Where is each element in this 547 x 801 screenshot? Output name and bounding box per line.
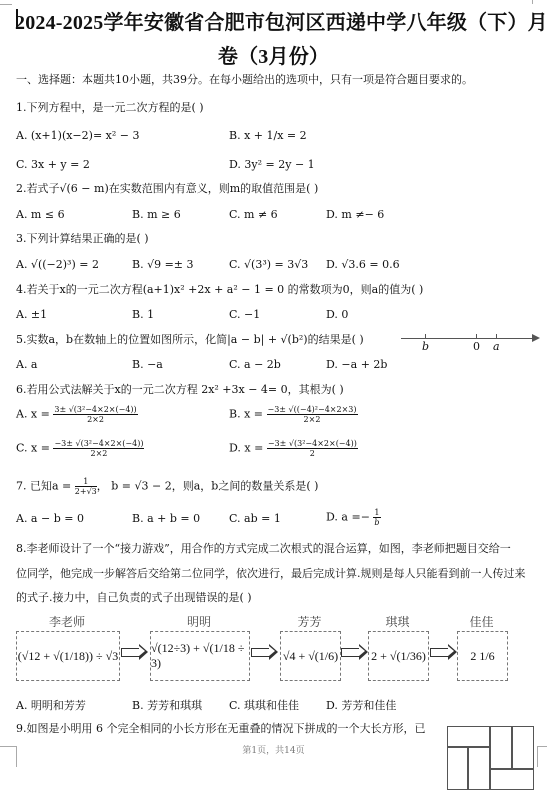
section-header: 一、选择题：本题共10小题，共39分。在每小题给出的选项中，只有一项是符合题目要…: [16, 73, 473, 87]
small-rectangle: [490, 769, 534, 790]
q7-option-c[interactable]: C. ab = 1: [229, 512, 281, 525]
q2-option-c[interactable]: C. m ≠ 6: [229, 208, 278, 221]
q1-option-a[interactable]: A. (x+1)(x−2)= x² − 3: [16, 129, 139, 142]
relay-name-qiqi: 琪琪: [368, 613, 427, 630]
q5-option-c[interactable]: C. a − 2b: [229, 358, 281, 371]
question-1-stem: 1.下列方程中，是一元二次方程的是( ): [16, 101, 204, 115]
q3-option-d[interactable]: D. √3.6 = 0.6: [326, 258, 400, 271]
page-footer: 第1页，共14页: [0, 743, 547, 756]
q8-option-a[interactable]: A. 明明和芳芳: [16, 697, 86, 713]
relay-box-jiajia: 2 1/6: [457, 631, 508, 681]
q8-option-c[interactable]: C. 琪琪和佳佳: [229, 697, 299, 713]
q2-option-b[interactable]: B. m ≥ 6: [132, 208, 181, 221]
q7-option-a[interactable]: A. a − b = 0: [16, 512, 84, 525]
relay-name-mingming: 明明: [150, 613, 248, 630]
relay-name-teacher: 李老师: [16, 613, 118, 630]
page-corner-mark: [0, 0, 12, 5]
relay-box-fangfang: √4 + √(1/6): [280, 631, 341, 681]
fraction: −3± √(3²−4×2×(−4))2: [267, 439, 358, 458]
relay-box-teacher: (√12 + √(1/18)) ÷ √3: [16, 631, 120, 681]
q4-option-c[interactable]: C. −1: [229, 308, 260, 321]
fraction: −3± √((−4)²−4×2×3)2×2: [267, 405, 358, 424]
number-line-tick-b: [425, 334, 426, 339]
question-4-stem: 4.若关于x的一元二次方程(a+1)x² +2x + a² − 1 = 0 的常…: [16, 283, 423, 297]
q6-option-d[interactable]: D. x = −3± √(3²−4×2×(−4))2: [229, 439, 358, 458]
q6-option-b[interactable]: B. x = −3± √((−4)²−4×2×3)2×2: [229, 405, 358, 424]
q1-option-c[interactable]: C. 3x + y = 2: [16, 158, 90, 171]
fraction: 12+√3: [75, 477, 97, 496]
number-line-tick-a: [496, 334, 497, 339]
q8-option-d[interactable]: D. 芳芳和佳佳: [326, 697, 396, 713]
document-title-line1: 2024-2025学年安徽省合肥市包河区西递中学八年级（下）月考数学试: [15, 6, 547, 35]
question-7-stem: 7. 已知a = 12+√3， b = √3 − 2，则a，b之间的数量关系是(…: [16, 477, 318, 496]
q6-option-a[interactable]: A. x = 3± √(3²−4×2×(−4))2×2: [16, 405, 138, 424]
q4-option-b[interactable]: B. 1: [132, 308, 154, 321]
document-title-line2: 卷（3月份）: [0, 40, 547, 69]
q2-option-d[interactable]: D. m ≠− 6: [326, 208, 384, 221]
relay-name-jiajia: 佳佳: [457, 613, 506, 630]
fraction: 1b: [373, 508, 380, 527]
q3-option-c[interactable]: C. √(3³) = 3√3: [229, 258, 308, 271]
q7-option-b[interactable]: B. a + b = 0: [132, 512, 200, 525]
fraction: −3± √(3²−4×2×(−4))2×2: [53, 439, 144, 458]
question-8-stem-line1: 8.李老师设计了一个“接力游戏”，用合作的方式完成二次根式的混合运算，如图，李老…: [16, 542, 511, 556]
relay-arrow-icon: [121, 648, 139, 657]
q1-option-d[interactable]: D. 3y² = 2y − 1: [229, 158, 315, 171]
relay-arrow-icon: [430, 648, 448, 657]
q7-option-d[interactable]: D. a =− 1b: [326, 508, 381, 527]
relay-arrow-icon: [341, 648, 359, 657]
q3-option-a[interactable]: A. √((−2)³) = 2: [16, 258, 99, 271]
number-line-label-0: 0: [473, 340, 480, 353]
relay-name-fangfang: 芳芳: [280, 613, 339, 630]
number-line-axis: [401, 338, 535, 339]
q8-option-b[interactable]: B. 芳芳和琪琪: [132, 697, 202, 713]
question-3-stem: 3.下列计算结果正确的是( ): [16, 232, 149, 246]
question-6-stem: 6.若用公式法解关于x的一元二次方程 2x² +3x − 4= 0，其根为( ): [16, 383, 344, 397]
fraction: 3± √(3²−4×2×(−4))2×2: [53, 405, 137, 424]
number-line-arrow-icon: [532, 334, 540, 342]
q4-option-d[interactable]: D. 0: [326, 308, 348, 321]
relay-box-mingming: √(12÷3) + √(1/18 ÷ 3): [150, 631, 250, 681]
relay-arrow-icon: [251, 648, 269, 657]
relay-box-qiqi: 2 + √(1/36): [368, 631, 429, 681]
number-line-tick-0: [476, 334, 477, 339]
question-8-stem-line2: 位同学，他完成一步解答后交给第二位同学，依次进行，最后完成计算.规则是每人只能看…: [16, 567, 526, 581]
q2-option-a[interactable]: A. m ≤ 6: [16, 208, 65, 221]
number-line-label-a: a: [493, 340, 500, 353]
q1-option-b[interactable]: B. x + 1/x = 2: [229, 129, 307, 142]
q6-option-c[interactable]: C. x = −3± √(3²−4×2×(−4))2×2: [16, 439, 144, 458]
question-9-stem: 9.如图是小明用 6 个完全相同的小长方形在无重叠的情况下拼成的一个大长方形，已: [16, 722, 426, 736]
question-8-stem-line3: 的式子.接力中，自己负责的式子出现错误的是( ): [16, 591, 252, 605]
question-2-stem: 2.若式子√(6 − m)在实数范围内有意义，则m的取值范围是( ): [16, 182, 318, 196]
q5-option-a[interactable]: A. a: [16, 358, 38, 371]
q5-option-b[interactable]: B. −a: [132, 358, 163, 371]
question-5-stem: 5.实数a，b在数轴上的位置如图所示，化简|a − b| + √(b²)的结果是…: [16, 333, 364, 347]
number-line-label-b: b: [422, 340, 429, 353]
q5-option-d[interactable]: D. −a + 2b: [326, 358, 387, 371]
page-corner-mark: [532, 0, 545, 4]
q4-option-a[interactable]: A. ±1: [16, 308, 47, 321]
q3-option-b[interactable]: B. √9 =± 3: [132, 258, 194, 271]
